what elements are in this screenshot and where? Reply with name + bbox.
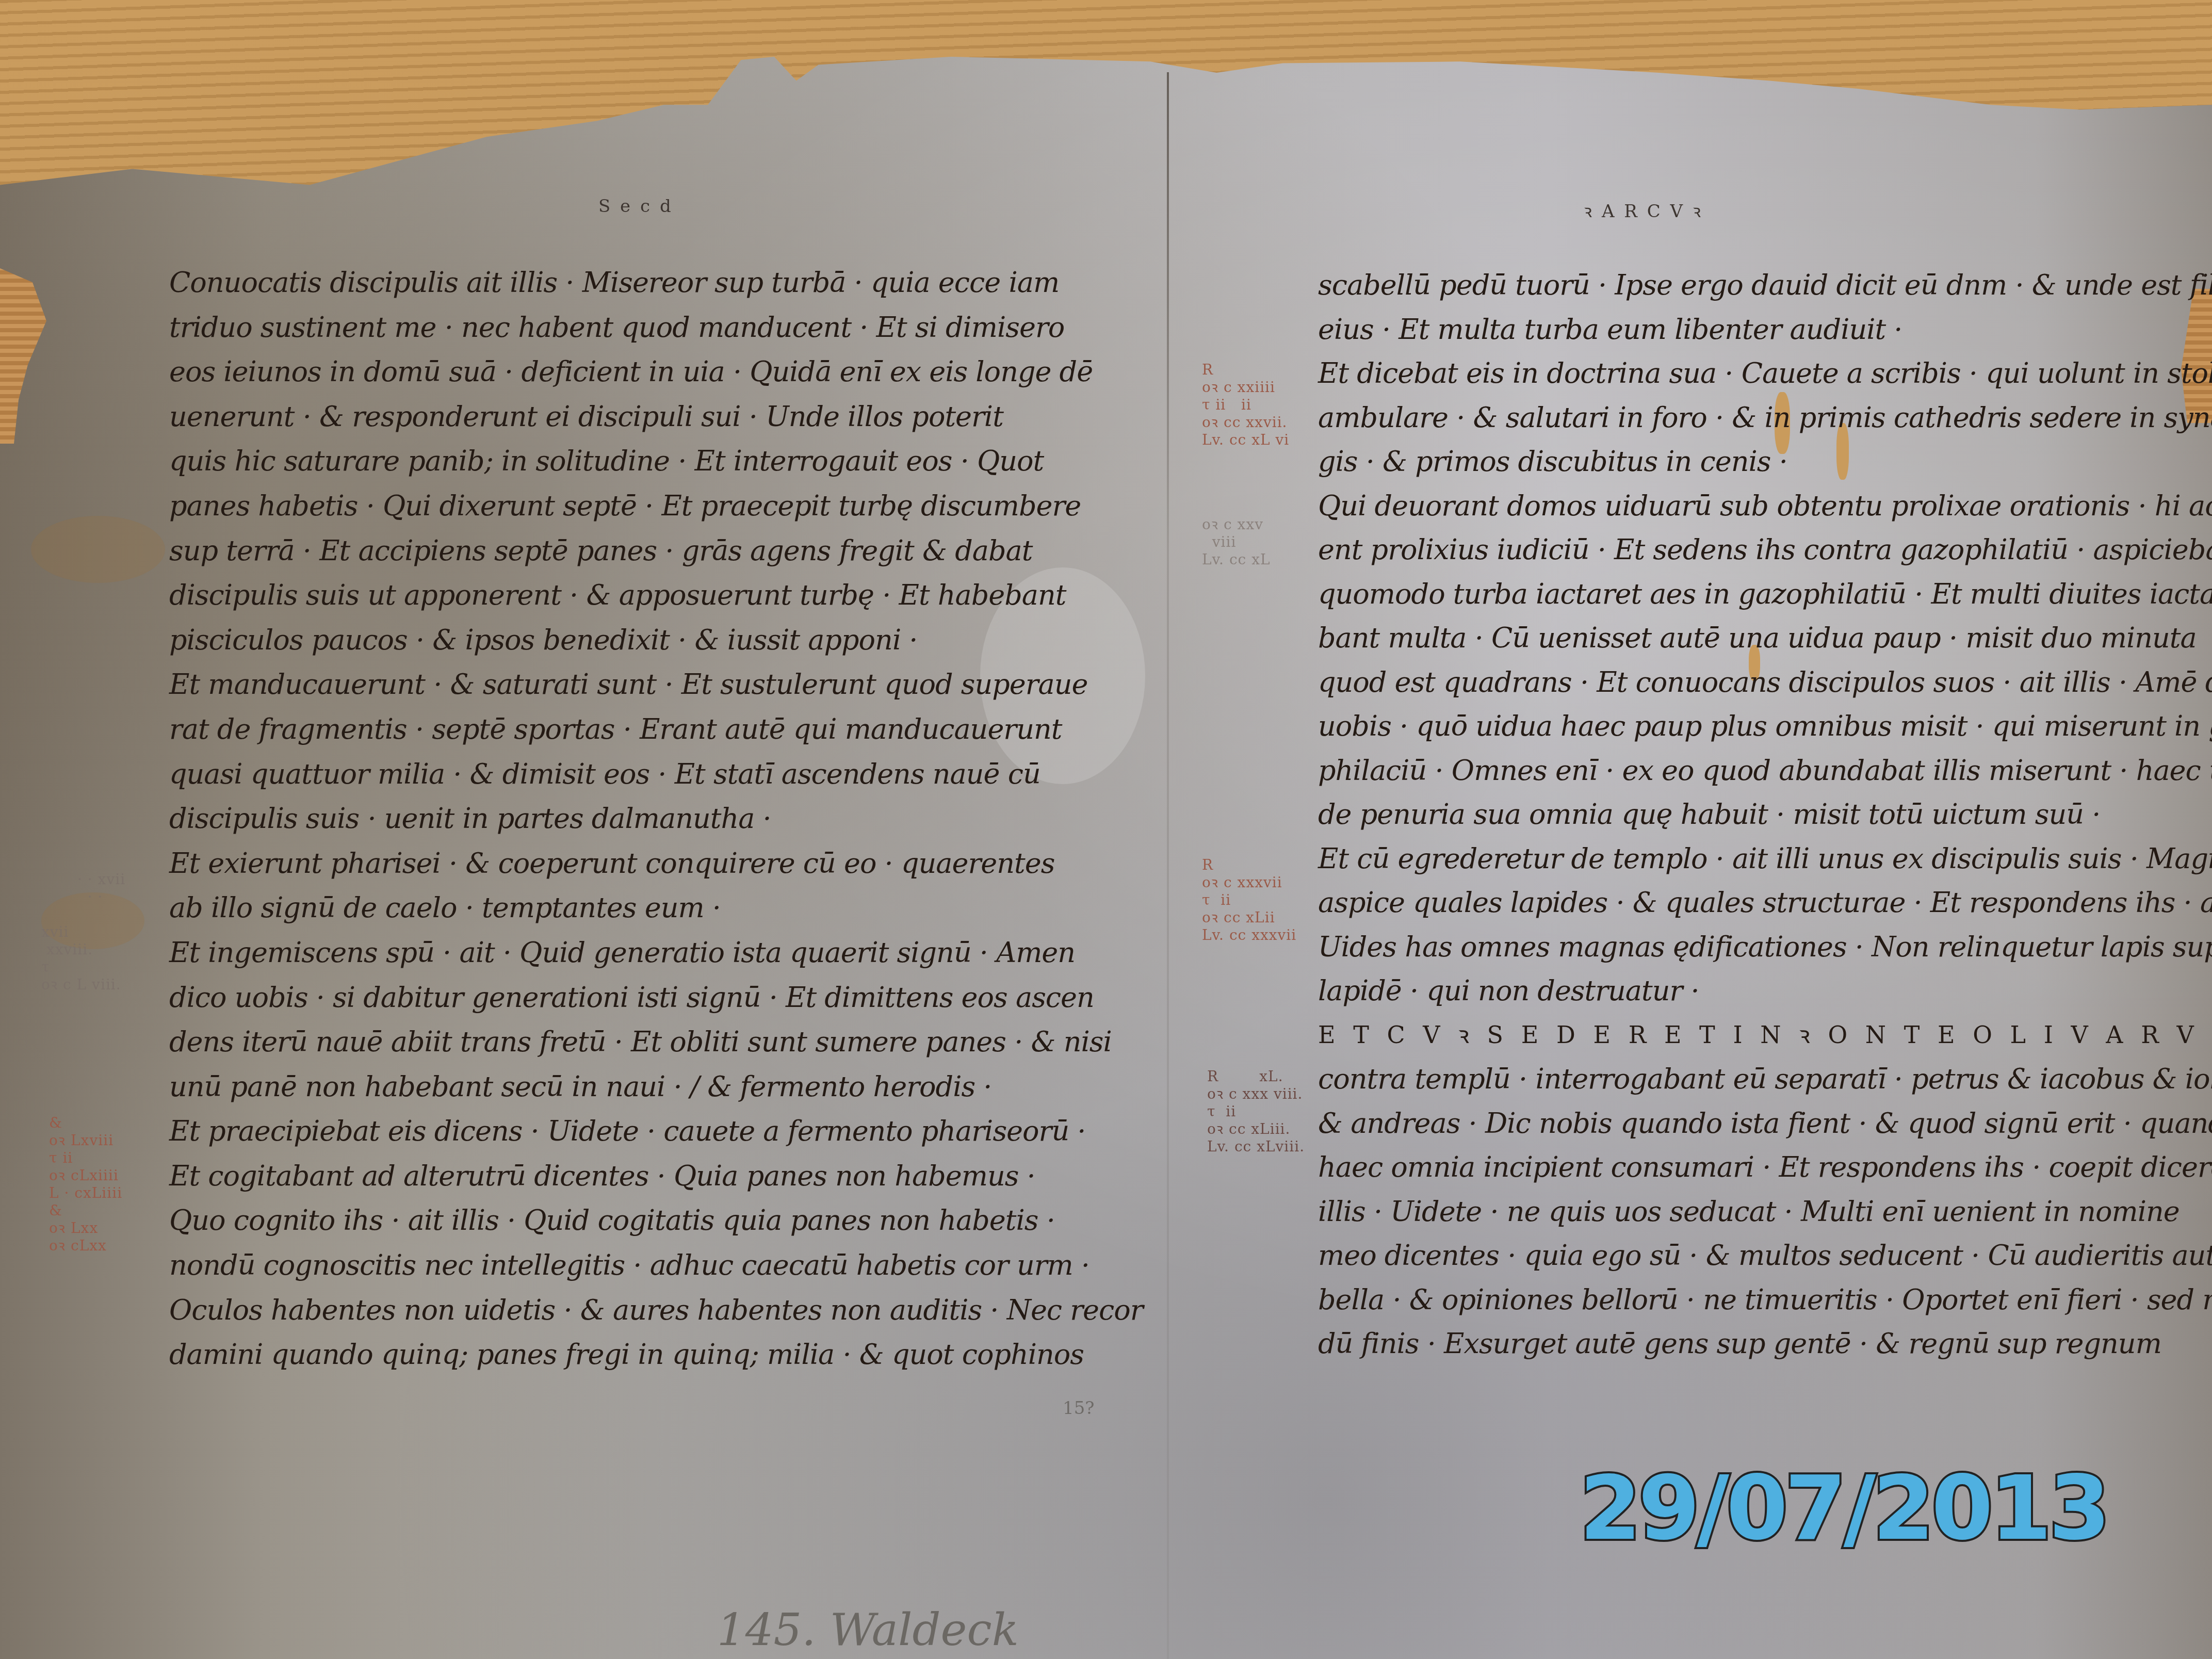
text-line: uobis · quō uidua haec paup plus omnibus… xyxy=(1318,704,2195,749)
text-line: Et cū egrederetur de templo · ait illi u… xyxy=(1318,837,2195,881)
text-line: rat de fragmentis · septē sportas · Eran… xyxy=(169,707,1036,752)
text-line: lapidē · qui non destruatur · xyxy=(1318,969,2195,1013)
text-line: quis hic saturare panib; in solitudine ·… xyxy=(169,439,1036,484)
text-line: Et cogitabant ad alterutrū dicentes · Qu… xyxy=(169,1154,1036,1199)
text-line: pisciculos paucos · & ipsos benedixit · … xyxy=(169,618,1036,663)
text-line: discipulis suis · uenit in partes dalman… xyxy=(169,796,1036,841)
text-line: discipulis suis ut apponerent · & apposu… xyxy=(169,573,1036,618)
margin-canon-note: R oꝛ c xxxvii τ ii oꝛ cc xLii Lv. cc xxx… xyxy=(1202,856,1296,944)
text-line: unū panē non habebant secū in naui · / &… xyxy=(169,1065,1036,1110)
margin-canon-note: · · xvii · · xyxy=(77,871,125,906)
margin-canon-note: oꝛ c xxv viii Lv. cc xL xyxy=(1202,516,1271,568)
text-line: quomodo turba iactaret aes in gazophilat… xyxy=(1318,572,2195,616)
margin-canon-note: R xL. oꝛ c xxx viii. τ ii oꝛ cc xLiii. L… xyxy=(1207,1068,1305,1156)
text-line: & andreas · Dic nobis quando ista fient … xyxy=(1318,1101,2195,1146)
text-line: bant multa · Cū uenisset autē una uidua … xyxy=(1318,616,2195,660)
text-line: Et exierunt pharisei · & coeperunt conqu… xyxy=(169,841,1036,886)
text-line: Quo cognito ihs · ait illis · Quid cogit… xyxy=(169,1198,1036,1243)
text-line: Conuocatis discipulis ait illis · Misere… xyxy=(169,261,1036,305)
text-line: dico uobis · si dabitur generationi isti… xyxy=(169,975,1036,1020)
text-line: ambulare · & salutari in foro · & in pri… xyxy=(1318,396,2195,440)
text-line: dū finis · Exsurget autē gens sup gentē … xyxy=(1318,1322,2195,1366)
text-line: sup terrā · Et accipiens septē panes · g… xyxy=(169,529,1036,574)
text-line: damini quando quinq; panes fregi in quin… xyxy=(169,1332,1036,1377)
right-page-text: scabellū pedū tuorū · Ipse ergo dauid di… xyxy=(1318,263,2195,1366)
text-line: Uides has omnes magnas ędificationes · N… xyxy=(1318,925,2195,969)
running-title-left: S e c d xyxy=(598,196,673,217)
text-line: panes habetis · Qui dixerunt septē · Et … xyxy=(169,484,1036,529)
running-title-right: ꝛ A R C V ꝛ xyxy=(1584,199,1703,222)
text-line: ab illo signū de caelo · temptantes eum … xyxy=(169,886,1036,931)
text-line: bella · & opiniones bellorū · ne timueri… xyxy=(1318,1278,2195,1322)
text-line: triduo sustinent me · nec habent quod ma… xyxy=(169,305,1036,350)
text-line: meo dicentes · quia ego sū · & multos se… xyxy=(1318,1233,2195,1278)
text-line: Et ingemiscens spū · ait · Quid generati… xyxy=(169,931,1036,975)
text-line: contra templū · interrogabant eū separat… xyxy=(1318,1057,2195,1101)
folio-mark: 15? xyxy=(1063,1398,1095,1419)
center-fold xyxy=(1167,72,1169,1659)
text-line: Et dicebat eis in doctrina sua · Cauete … xyxy=(1318,351,2195,396)
camera-date-stamp: 29/07/2013 xyxy=(1580,1464,2107,1553)
text-line: gis · & primos discubitus in cenis · xyxy=(1318,440,2195,484)
text-line: ent prolixius iudiciū · Et sedens ihs co… xyxy=(1318,528,2195,572)
margin-canon-note: xvii xxviii. τ oꝛ c L viii. xyxy=(41,923,121,994)
margin-canon-note: R oꝛ c xxiiii τ ii ii oꝛ cc xxvii. Lv. c… xyxy=(1202,361,1289,449)
text-line: Oculos habentes non uidetis · & aures ha… xyxy=(169,1288,1036,1333)
text-line: philaciū · Omnes enī · ex eo quod abunda… xyxy=(1318,749,2195,793)
text-line: de penuria sua omnia quę habuit · misit … xyxy=(1318,792,2195,837)
capitals-heading-line: E T C V ꝛ S E D E R E T I N ꝛ O N T E O … xyxy=(1318,1013,2195,1058)
pencil-annotation: 145. Waldeck xyxy=(717,1604,1019,1656)
text-line: Et praecipiebat eis dicens · Uidete · ca… xyxy=(169,1109,1036,1154)
text-line: eos ieiunos in domū suā · deficient in u… xyxy=(169,350,1036,395)
text-line: illis · Uidete · ne quis uos seducat · M… xyxy=(1318,1190,2195,1234)
text-line: aspice quales lapides · & quales structu… xyxy=(1318,881,2195,925)
text-line: Qui deuorant domos uiduarū sub obtentu p… xyxy=(1318,484,2195,528)
text-line: haec omnia incipient consumari · Et resp… xyxy=(1318,1145,2195,1190)
water-stain xyxy=(31,516,165,583)
left-page-text: Conuocatis discipulis ait illis · Misere… xyxy=(169,261,1036,1377)
text-line: quasi quattuor milia · & dimisit eos · E… xyxy=(169,752,1036,797)
margin-canon-note: & oꝛ Lxviii τ ii oꝛ cLxiiii L · cxLiiii … xyxy=(49,1114,122,1255)
text-line: eius · Et multa turba eum libenter audiu… xyxy=(1318,307,2195,352)
text-line: scabellū pedū tuorū · Ipse ergo dauid di… xyxy=(1318,263,2195,307)
text-line: uenerunt · & responderunt ei discipuli s… xyxy=(169,395,1036,440)
text-line: dens iterū nauē abiit trans fretū · Et o… xyxy=(169,1020,1036,1065)
text-line: nondū cognoscitis nec intellegitis · adh… xyxy=(169,1243,1036,1288)
text-line: quod est quadrans · Et conuocans discipu… xyxy=(1318,660,2195,705)
text-line: Et manducauerunt · & saturati sunt · Et … xyxy=(169,662,1036,707)
